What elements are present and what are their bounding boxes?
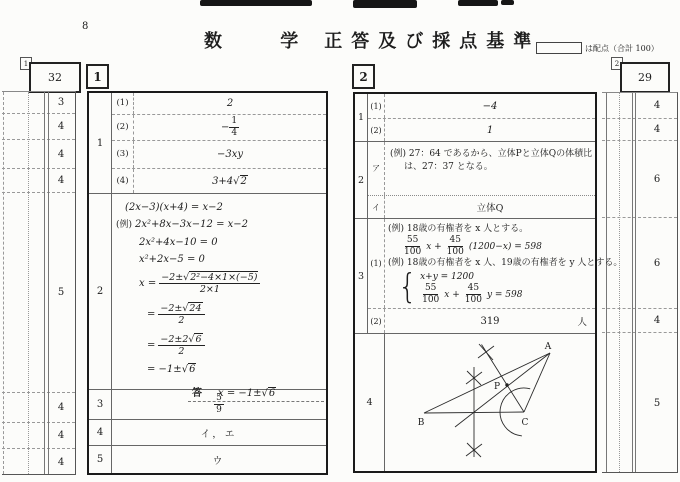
sub-label: (2) <box>368 309 385 333</box>
answer-value: イ，エ <box>201 426 238 440</box>
panel-line <box>28 92 29 474</box>
median-line <box>455 353 550 427</box>
question-number: 4 <box>89 420 112 445</box>
solution-line: x+y = 1200 <box>420 271 522 284</box>
vertex-label-a: A <box>544 342 552 352</box>
sub-label: (4) <box>112 169 134 193</box>
sub-label: ア <box>368 142 385 195</box>
solution-line: x = −2±√2²−4×1×(−5)2×1 <box>139 268 326 299</box>
solution-line: = −2±2√62 <box>147 330 326 361</box>
solution-line: (例) 18歳の有権者を x 人とする。 <box>388 223 595 236</box>
section1-question5: 5 ウ <box>89 446 326 473</box>
question-number: 2 <box>355 142 368 218</box>
segment-ab <box>424 353 550 413</box>
answer-value: 1 <box>487 125 493 136</box>
score-cell: 4 <box>48 402 74 413</box>
answer-row: (2) −14 <box>112 115 326 141</box>
score-cell: 4 <box>637 124 677 135</box>
section1-question3: 3 59 <box>89 390 326 420</box>
total-score-box-left: 32 <box>29 62 81 93</box>
vertex-label-b: B <box>418 418 425 428</box>
sub-label: (3) <box>112 141 134 169</box>
solution-line: (例) 18歳の有権者を x 人、19歳の有権者を y 人とする。 <box>388 257 595 270</box>
answer-value: −14 <box>134 115 326 140</box>
answer-row: (2) 1 <box>368 119 595 141</box>
segment-ca <box>524 353 550 412</box>
answer-value: −4 <box>483 101 498 112</box>
solution-line: 2x²+4x−10 = 0 <box>139 234 326 251</box>
solution-work: (2x−3)(x+4) = x−2 (例)2x²+8x−3x−12 = x−2 … <box>112 194 326 389</box>
panel-line <box>3 92 4 474</box>
answer-row: ア (例) 27：64 であるから、立体Pと立体Qの体積比 は、27：37 とな… <box>368 142 595 196</box>
answer-row: (1) (例) 18歳の有権者を x 人とする。 55100 x + 45100… <box>368 219 595 309</box>
scan-artifact <box>200 0 312 6</box>
section2-table: 1 (1) −4 (2) 1 2 ア (例) 27：64 であるから、立体Pと立… <box>353 92 597 473</box>
solution-line: (2x−3)(x+4) = x−2 <box>125 199 326 216</box>
vertex-label-c: C <box>522 418 529 428</box>
score-cell: 3 <box>48 97 74 108</box>
sub-label: イ <box>368 196 385 218</box>
solution-line: 55100 x + 45100 (1200−x) = 598 <box>402 236 595 257</box>
answer-value: ウ <box>213 453 226 467</box>
section2-question2: 2 ア (例) 27：64 であるから、立体Pと立体Qの体積比 は、27：37 … <box>355 142 595 219</box>
page-title: 数 学 正答及び採点基準 <box>204 27 540 53</box>
solution-line: x²+2x−5 = 0 <box>139 251 326 268</box>
panel-line <box>632 93 633 472</box>
question-number: 2 <box>89 194 112 389</box>
solution-line: (例)2x²+8x−3x−12 = x−2 <box>116 216 326 234</box>
panel-line <box>48 92 49 474</box>
score-cell: 6 <box>637 258 677 269</box>
sub-label: (2) <box>112 115 134 140</box>
solution-line: = −1±√6 <box>147 361 326 378</box>
score-cell: 5 <box>48 287 74 298</box>
answer-row: (1) −4 <box>368 94 595 119</box>
answer-value: −3xy <box>217 149 243 160</box>
answer-row: (2) 319 人 <box>368 309 595 333</box>
scan-artifact <box>353 0 417 8</box>
scan-artifact <box>458 0 498 6</box>
sub-label: (1) <box>368 219 385 308</box>
tick-mark <box>479 344 493 360</box>
brace-symbol: { <box>398 271 417 305</box>
section1-label-box: 1 <box>86 64 109 89</box>
section2-question1: 1 (1) −4 (2) 1 <box>355 94 595 142</box>
point-label-p: P <box>494 382 500 392</box>
legend-sample-box <box>536 42 582 54</box>
answer-row: (3) −3xy <box>112 141 326 170</box>
question-number: 1 <box>89 93 112 193</box>
score-cell: 4 <box>48 175 74 186</box>
question-number: 3 <box>355 219 368 333</box>
score-cell: 5 <box>637 398 677 409</box>
answer-row: (1) 2 <box>112 93 326 115</box>
score-cell: 4 <box>48 430 74 441</box>
section1-question1: 1 (1) 2 (2) −14 (3) −3xy (4) 3+4√2 <box>89 93 326 194</box>
score-cell: 6 <box>637 174 677 185</box>
answer-text: (例) 27：64 であるから、立体Pと立体Qの体積比 は、27：37 となる。 <box>385 142 595 195</box>
answer-value: 2 <box>227 98 233 109</box>
solution-work: (例) 18歳の有権者を x 人とする。 55100 x + 45100 (12… <box>385 219 595 308</box>
construction-diagram: A B C P <box>385 334 592 469</box>
legend-label: は配点（合計 100） <box>585 43 659 54</box>
answer-value: 立体Q <box>477 200 504 214</box>
title-subject: 数 学 <box>204 27 324 53</box>
title-text: 正答及び採点基準 <box>324 27 540 53</box>
score-cell: 4 <box>637 100 677 111</box>
panel-line <box>44 92 45 474</box>
answer-value: 319 <box>480 316 499 327</box>
section1-table: 1 (1) 2 (2) −14 (3) −3xy (4) 3+4√2 <box>87 91 328 475</box>
question-number: 3 <box>89 390 112 419</box>
question-number: 1 <box>355 94 368 141</box>
scanned-answer-sheet: { "sym": {"radical": "√", "brace": "{"},… <box>0 0 680 482</box>
sub-label: (1) <box>112 93 134 114</box>
section1-question2: 2 (2x−3)(x+4) = x−2 (例)2x²+8x−3x−12 = x−… <box>89 194 326 390</box>
answer-value: 59 <box>112 390 326 419</box>
section1-question4: 4 イ，エ <box>89 420 326 446</box>
panel-line <box>606 93 607 472</box>
score-cell: 4 <box>637 315 677 326</box>
solution-line: = −2±√242 <box>147 299 326 330</box>
section2-label-box: 2 <box>352 64 375 89</box>
scan-artifact <box>501 0 514 5</box>
question-number: 5 <box>89 446 112 473</box>
score-cell: 4 <box>48 457 74 468</box>
answer-value: 3+4√2 <box>134 169 326 193</box>
score-cell: 4 <box>48 149 74 160</box>
answer-unit: 人 <box>577 314 587 328</box>
sub-label: (2) <box>368 119 385 141</box>
answer-row: イ 立体Q <box>368 196 595 218</box>
page-number: 8 <box>82 21 88 32</box>
score-cell: 4 <box>48 121 74 132</box>
points-legend: は配点（合計 100） <box>536 42 659 54</box>
point-p-dot <box>505 383 508 386</box>
section2-question3: 3 (1) (例) 18歳の有権者を x 人とする。 55100 x + 451… <box>355 219 595 334</box>
panel-line <box>635 93 636 472</box>
panel-line <box>619 93 620 472</box>
total-score-box-right: 29 <box>620 62 670 93</box>
question-number: 4 <box>355 334 385 471</box>
radical-sign: √ <box>233 176 239 187</box>
left-score-table: 3 4 4 4 5 4 4 4 <box>2 91 76 475</box>
sub-label: (1) <box>368 94 385 118</box>
section2-question4: 4 A <box>355 334 595 471</box>
solution-line: 55100 x + 45100 y = 598 <box>420 284 522 305</box>
answer-row: (4) 3+4√2 <box>112 169 326 193</box>
equation-system: { x+y = 1200 55100 x + 45100 y = 598 <box>398 271 595 305</box>
right-score-table: 4 4 6 6 4 5 <box>602 92 678 473</box>
